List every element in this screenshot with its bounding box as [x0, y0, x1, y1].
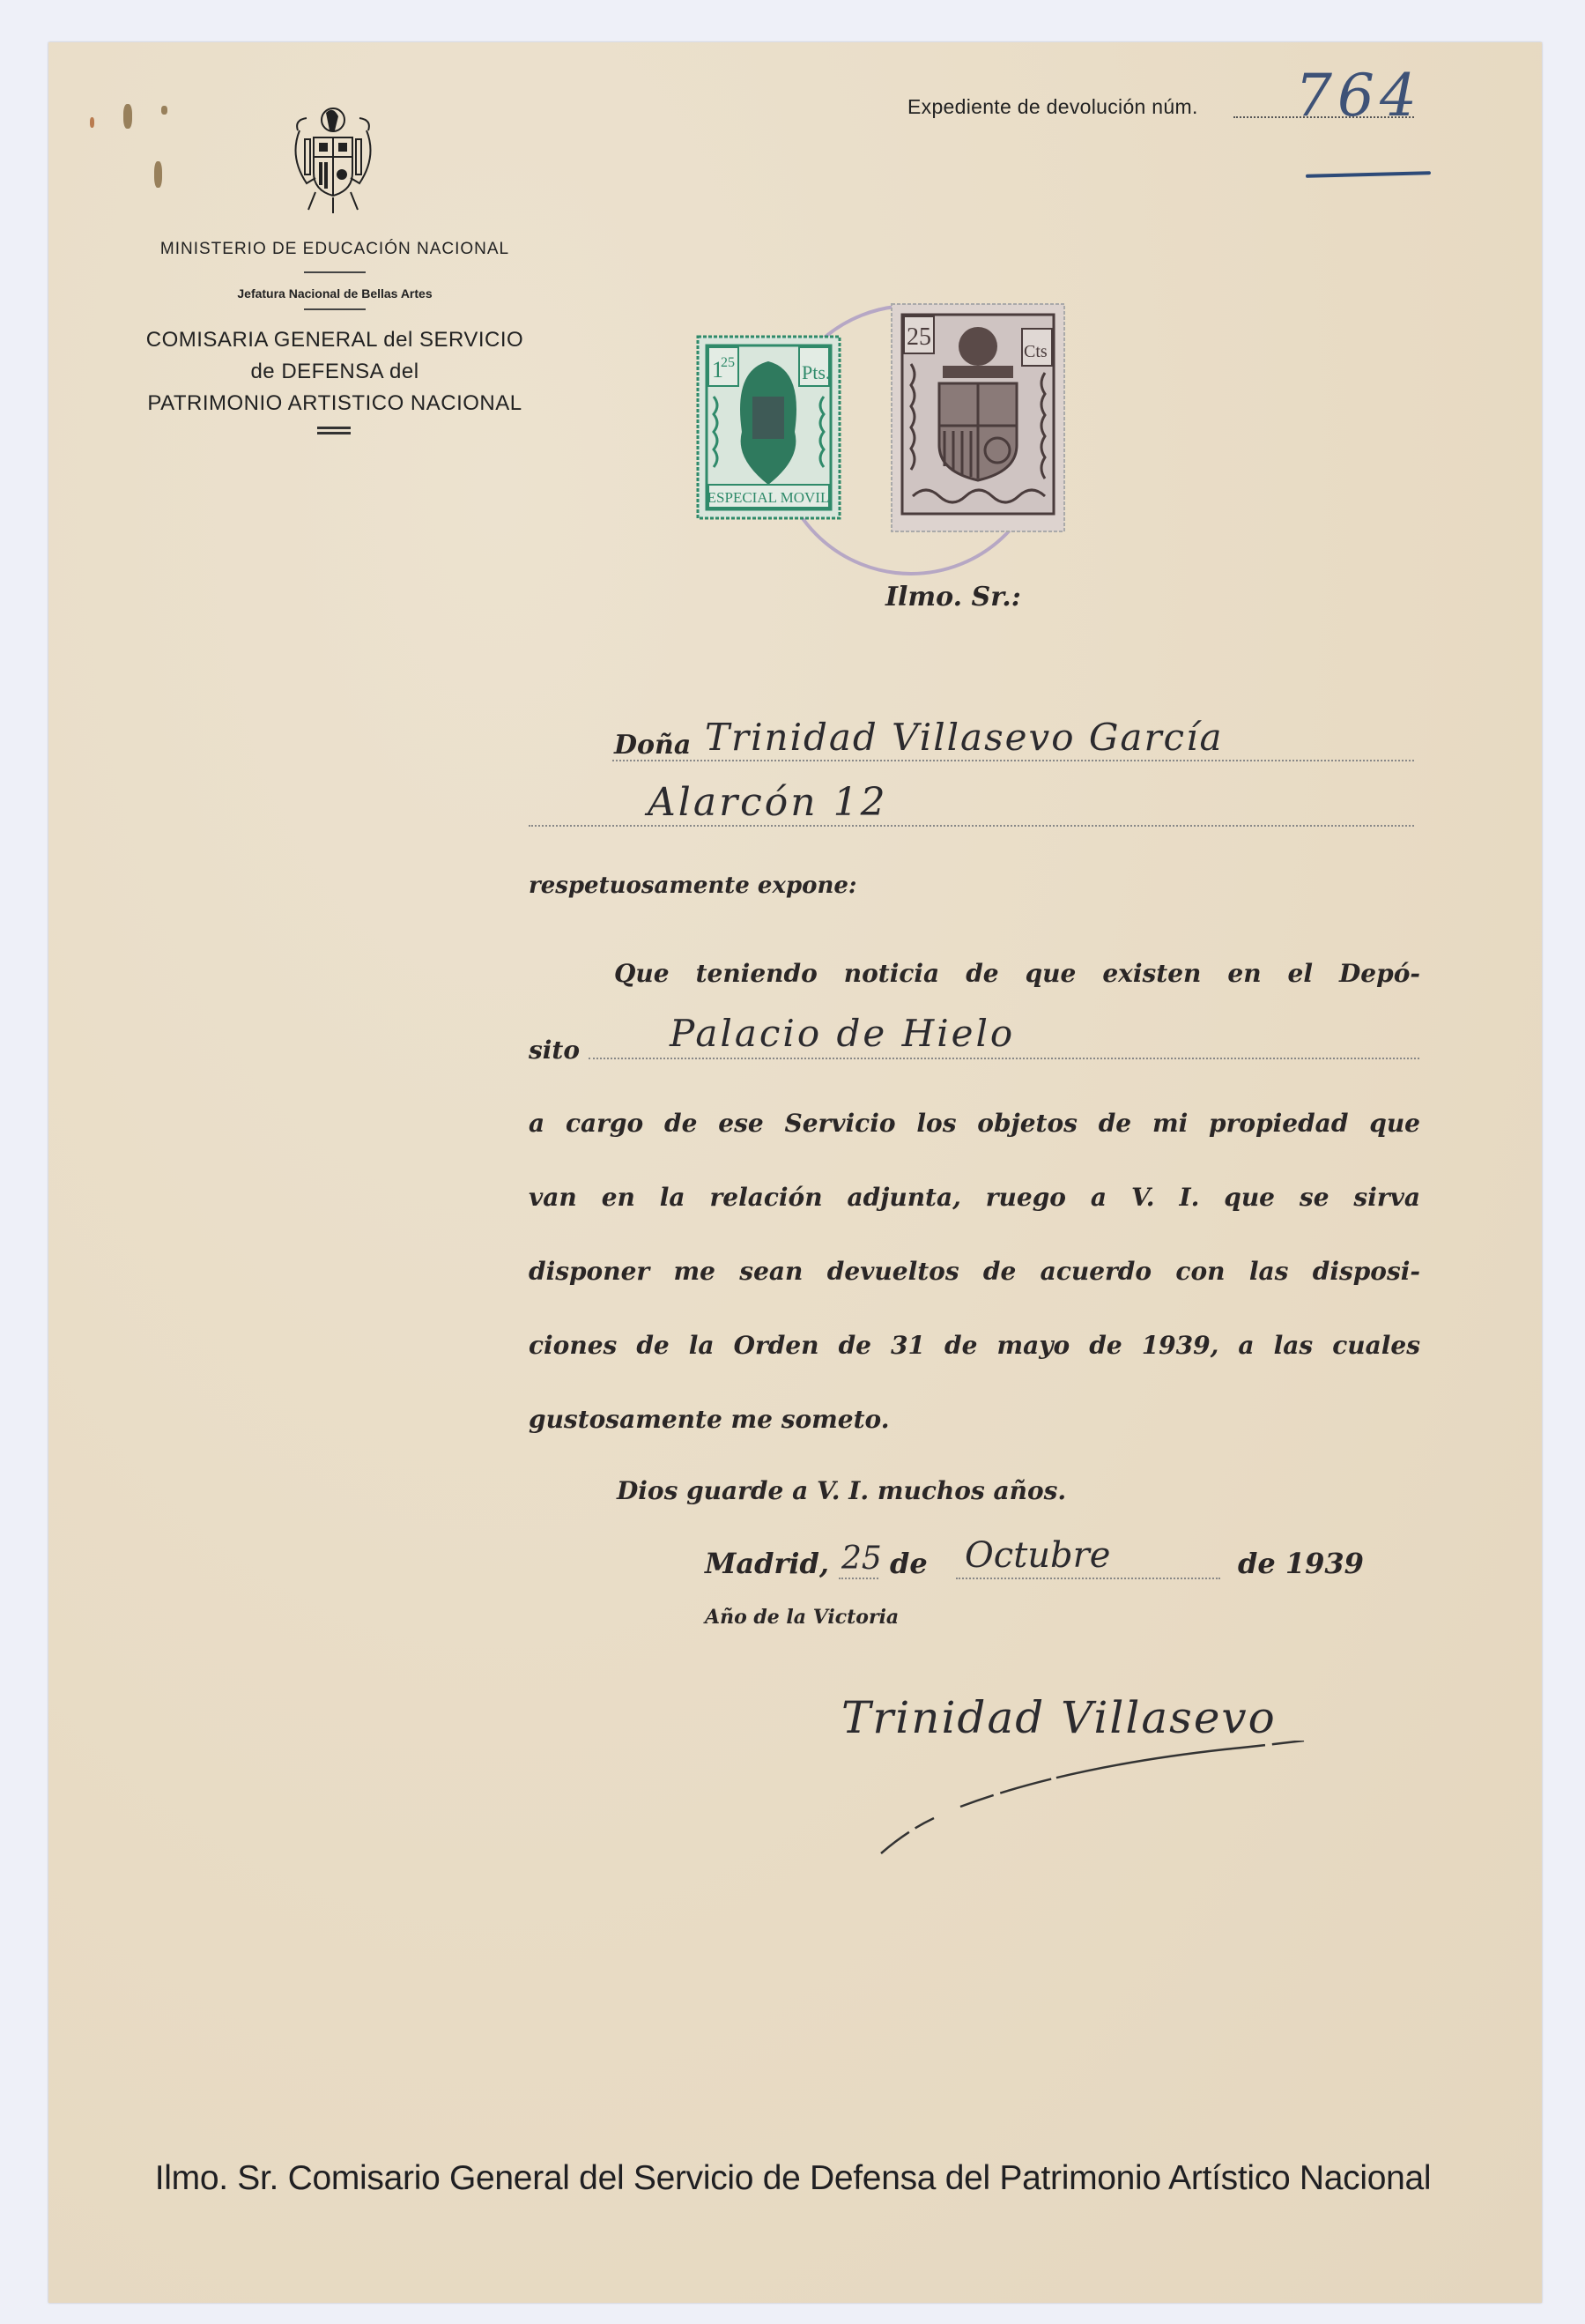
- divider: [304, 308, 366, 310]
- date-month: Octubre: [965, 1535, 1110, 1576]
- svg-text:25: 25: [907, 323, 931, 351]
- body-line-sito: sito: [529, 1036, 580, 1065]
- applicant-address-line: [529, 825, 1414, 827]
- date-day: 25: [841, 1541, 882, 1577]
- body-line: gustosamente me someto.: [529, 1405, 1420, 1434]
- stain-mark: [154, 161, 162, 188]
- body-line: ciones de la Orden de 31 de mayo de 1939…: [529, 1331, 1420, 1360]
- commission-line-3: PATRIMONIO ARTISTICO NACIONAL: [88, 388, 581, 420]
- signature: Trinidad Villasevo: [841, 1692, 1277, 1743]
- deposit-dotted-line: [589, 1058, 1419, 1059]
- stain-mark: [90, 117, 94, 128]
- file-number-value: 764: [1295, 62, 1422, 130]
- svg-text:25: 25: [721, 355, 735, 370]
- fiscal-stamp-brown: 25 Cts: [890, 302, 1066, 533]
- intro-text: respetuosamente expone:: [529, 872, 857, 899]
- body-line: disponer me sean devueltos de acuerdo co…: [529, 1257, 1420, 1286]
- file-number-label: Expediente de devolución núm.: [907, 95, 1198, 119]
- closing-formula: Dios guarde a V. I. muchos años.: [617, 1476, 1066, 1505]
- fiscal-stamp-green: 1 25 Pts. ESPECIAL MOVIL: [696, 335, 841, 520]
- body-line: Que teniendo noticia de que existen en e…: [614, 959, 1420, 988]
- commission-line-2: de DEFENSA del: [88, 356, 581, 388]
- applicant-address: Alarcón 12: [648, 780, 888, 825]
- double-rule: [317, 427, 351, 434]
- ministry-name: MINISTERIO DE EDUCACIÓN NACIONAL: [88, 240, 581, 259]
- svg-text:ESPECIAL MOVIL: ESPECIAL MOVIL: [707, 489, 830, 506]
- stain-mark: [161, 106, 167, 115]
- signature-flourish-icon: [863, 1741, 1339, 1864]
- salutation: Ilmo. Sr.:: [885, 582, 1021, 613]
- addressee-footer: Ilmo. Sr. Comisario General del Servicio…: [154, 2159, 1432, 2198]
- month-dotted-line: [956, 1578, 1220, 1579]
- svg-text:Pts.: Pts.: [802, 361, 830, 383]
- body-line: a cargo de ese Servicio los objetos de m…: [529, 1109, 1420, 1138]
- applicant-name: Trinidad Villasevo García: [705, 716, 1224, 759]
- department-name: Jefatura Nacional de Bellas Artes: [88, 286, 581, 301]
- date-year: de 1939: [1238, 1547, 1364, 1580]
- day-dotted-line: [839, 1578, 878, 1579]
- coat-of-arms-icon: [280, 104, 386, 219]
- deposit-name: Palacio de Hielo: [670, 1012, 1015, 1055]
- applicant-title: Doña: [614, 730, 691, 761]
- divider: [304, 271, 366, 273]
- date-motto: Año de la Victoria: [705, 1606, 899, 1629]
- applicant-name-line: [612, 760, 1414, 761]
- date-city: Madrid,: [705, 1547, 829, 1580]
- body-line: van en la relación adjunta, ruego a V. I…: [529, 1183, 1420, 1212]
- commission-name: COMISARIA GENERAL del SERVICIO de DEFENS…: [88, 324, 581, 420]
- stain-mark: [123, 104, 132, 129]
- svg-text:Cts: Cts: [1024, 342, 1048, 361]
- commission-line-1: COMISARIA GENERAL del SERVICIO: [88, 324, 581, 356]
- date-de: de: [890, 1547, 928, 1580]
